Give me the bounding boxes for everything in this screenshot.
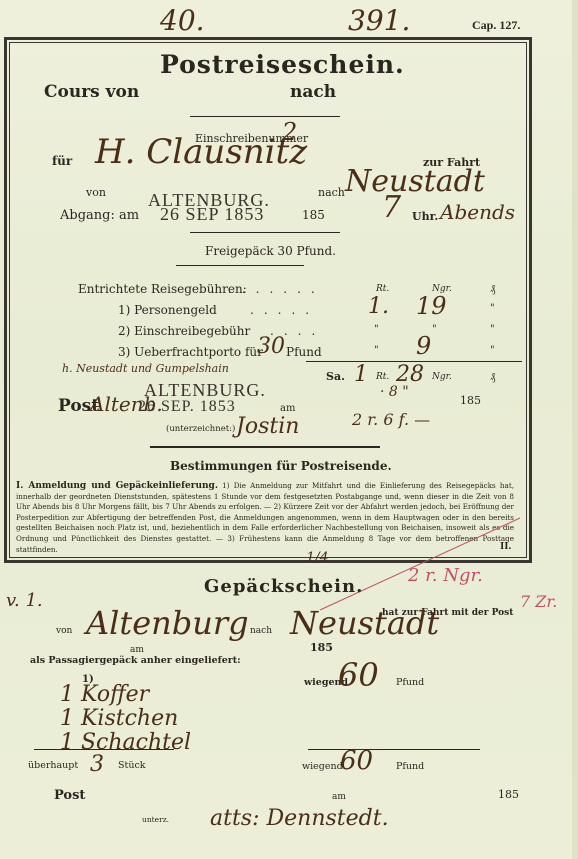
passenger-name: H. Clausnitz	[95, 132, 307, 172]
post-am-label: am	[280, 403, 295, 414]
abgang-date-stamp: 26 SEP 1853	[160, 204, 264, 225]
weight-divider	[308, 749, 480, 750]
nach-label: nach	[318, 186, 345, 199]
post-year-label: 185	[460, 394, 481, 407]
fee-row-ueberfracht-label: 3) Ueberfrachtporto für	[118, 345, 263, 359]
total-weight-value: 60	[340, 746, 373, 776]
baggage-signature: atts: Dennstedt.	[210, 806, 389, 831]
fee-row-ueberfracht-ngr: 9	[416, 332, 431, 360]
rules-section-title: I. Anmeldung und Gepäckeinlieferung.	[16, 481, 218, 491]
fee-row-ueberfracht-thaler: "	[374, 345, 379, 356]
ueberhaupt-label: überhaupt	[28, 760, 78, 771]
baggage-title: Gepäckschein.	[204, 576, 363, 597]
ticket-title: Postreiseschein.	[160, 50, 405, 79]
handwritten-left-number: 40.	[160, 4, 205, 37]
baggage-margin-note: v. 1.	[6, 590, 43, 611]
sum-extra-line: · 8 "	[380, 384, 409, 400]
baggage-post-am-label: am	[332, 792, 346, 802]
post-stamp-date: 26 SEP. 1853	[138, 398, 236, 416]
sum-ngr-unit: Ngr.	[432, 372, 452, 382]
items-divider	[34, 749, 174, 750]
leader-dots: .......	[228, 282, 325, 296]
fuer-label: für	[52, 154, 72, 168]
fee-row-ueberfracht-pf: "	[490, 345, 495, 356]
baggage-nach-label: nach	[250, 626, 272, 636]
time-suffix: Abends	[440, 200, 515, 224]
divider	[190, 116, 340, 117]
signature-line	[150, 446, 380, 448]
cap-label: Cap. 127.	[472, 18, 520, 33]
baggage-item-2: 1 Kistchen	[60, 706, 178, 731]
leader-dots: .....	[250, 303, 319, 317]
fee-row-personengeld-pf: "	[490, 303, 495, 314]
baggage-post-label: Post	[54, 788, 85, 803]
red-note: 2 r. Ngr.	[408, 565, 483, 586]
fee-row-personengeld-thaler: 1.	[368, 294, 389, 319]
fee-row-einschreibe-pf: "	[490, 324, 495, 335]
nach-value: Neustadt	[345, 164, 485, 199]
abgang-label: Abgang: am	[60, 208, 139, 223]
baggage-post-year-label: 185	[498, 788, 519, 801]
handwritten-right-number: 391.	[348, 4, 410, 37]
sum-label: Sa.	[326, 370, 345, 383]
signature: Jostin	[236, 414, 299, 439]
baggage-nach-value: Neustadt	[290, 604, 439, 642]
weight-value: 60	[338, 656, 379, 694]
baggage-item-3: 1 Schachtel	[60, 730, 191, 755]
stueck-label: Stück	[118, 760, 146, 771]
baggage-year-label: 185	[310, 641, 333, 654]
freigepaeck-label: Freigepäck 30 Pfund.	[205, 244, 336, 258]
fee-row-personengeld-ngr: 19	[416, 292, 447, 320]
fee-row-ueberfracht-unit: Pfund	[286, 345, 322, 359]
baggage-von-label: von	[56, 626, 72, 636]
handwritten-route-note: h. Neustadt und Gumpelshain	[62, 362, 229, 375]
sum-thaler-unit: Rt.	[376, 372, 389, 382]
divider	[176, 265, 304, 266]
rules-heading: Bestimmungen für Postreisende.	[170, 459, 392, 473]
baggage-scribble: 1/4	[306, 550, 329, 566]
als-passagiergepaeck-label: als Passagiergepäck anher eingeliefert:	[30, 655, 241, 666]
col-thaler: Rt.	[376, 284, 389, 294]
red-note-right: 7 Zr.	[520, 592, 557, 611]
cours-von-label: Cours von	[44, 82, 139, 102]
cours-nach-label: nach	[290, 82, 336, 102]
total-wiegend-label: wiegend	[302, 761, 343, 772]
fee-row-einschreibe-label: 2) Einschreibegebühr	[118, 324, 250, 338]
uhr-label: Uhr.	[412, 210, 438, 223]
fees-heading: Entrichtete Reisegebühren:	[78, 282, 247, 296]
abgang-time: 7	[382, 190, 401, 225]
paper-edge	[572, 0, 578, 859]
sum-pf-unit: ₰	[490, 370, 496, 383]
pfund-label: Pfund	[396, 677, 424, 688]
fee-row-einschreibe-thaler: "	[374, 324, 379, 335]
baggage-von-value: Altenburg	[86, 604, 249, 642]
signed-label: (unterzeichnet:)	[166, 424, 235, 434]
fee-row-einschreibe-ngr: "	[432, 324, 437, 335]
fee-row-ueberfracht-weight: 30	[257, 334, 285, 359]
baggage-am-label: am	[130, 645, 144, 655]
sum-thaler: 1	[354, 362, 368, 387]
col-pf: ₰	[490, 282, 496, 295]
divider	[190, 232, 340, 233]
count-value: 3	[90, 752, 104, 777]
von-label: von	[86, 186, 106, 199]
abgang-year: 185	[302, 208, 325, 222]
total-pfund-label: Pfund	[396, 761, 424, 772]
baggage-item-1: 1 Koffer	[60, 682, 149, 707]
unterz-label: unterz.	[142, 815, 169, 824]
fee-row-personengeld-label: 1) Personengeld	[118, 303, 217, 317]
extra-total: 2 r. 6 f. —	[352, 410, 430, 429]
